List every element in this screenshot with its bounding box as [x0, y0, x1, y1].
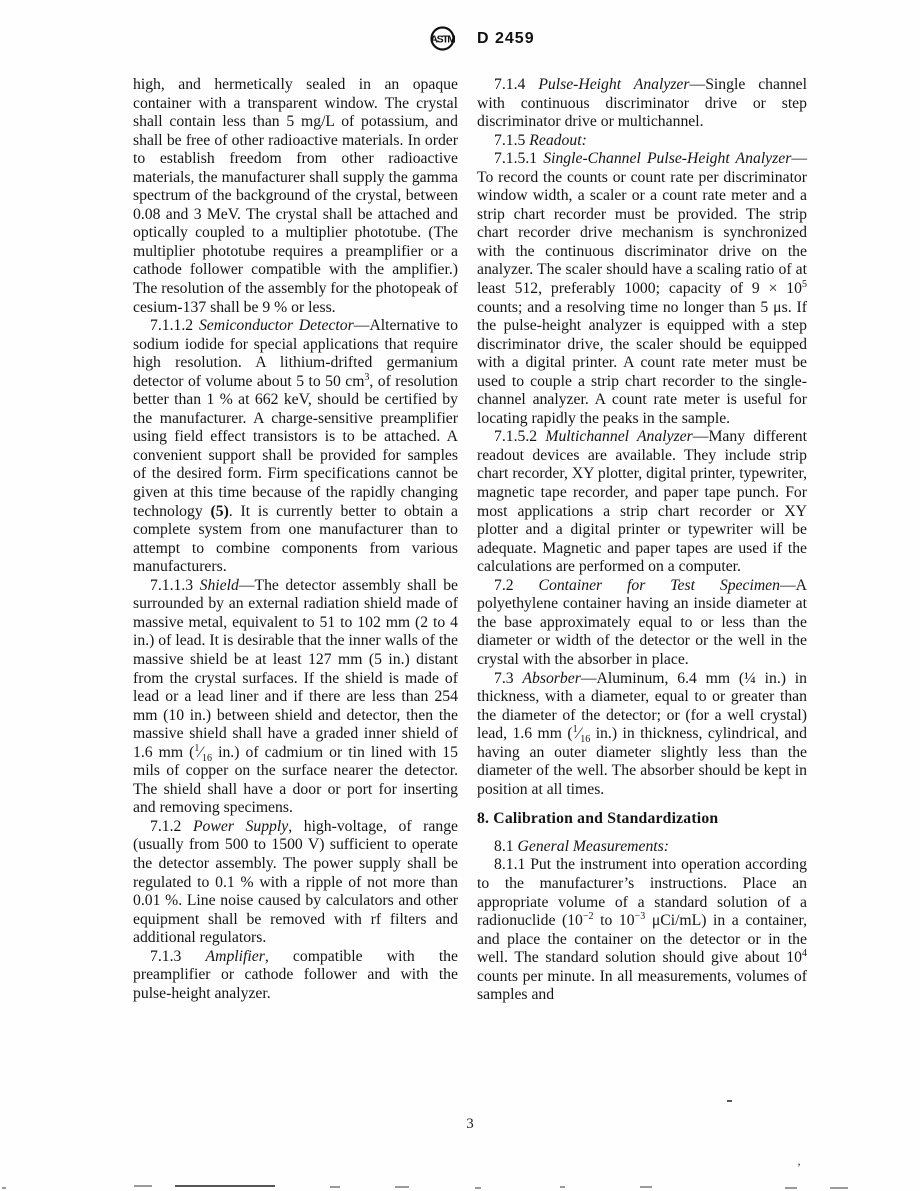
paragraph: 7.3 Absorber—Aluminum, 6.4 mm (¼ in.) in…: [477, 670, 807, 800]
paragraph: 7.1.3 Amplifier, compatible with the pre…: [133, 948, 458, 1004]
page-header: ASTM D 2459: [0, 26, 920, 56]
paragraph: 7.1.4 Pulse-Height Analyzer—Single chann…: [477, 76, 807, 132]
scan-smudge: [330, 1186, 340, 1188]
paragraph: high, and hermetically sealed in an opaq…: [133, 76, 458, 317]
document-page: ASTM D 2459 high, and hermetically seale…: [0, 0, 920, 1191]
paragraph: 7.1.2 Power Supply, high-voltage, of ran…: [133, 818, 458, 948]
scan-smudge: [475, 1187, 481, 1189]
scan-speck: ’: [797, 1160, 801, 1175]
scan-smudge: [640, 1186, 652, 1188]
scan-smudge: [395, 1186, 409, 1188]
document-number: D 2459: [477, 30, 535, 48]
scan-smudge: [785, 1187, 797, 1189]
scan-speck: [727, 1100, 732, 1102]
astm-logo-text: ASTM: [430, 34, 455, 46]
paragraph: 7.1.5.1 Single-Channel Pulse-Height Anal…: [477, 150, 807, 428]
paragraph: 7.1.5.2 Multichannel Analyzer—Many diffe…: [477, 428, 807, 576]
page-content: high, and hermetically sealed in an opaq…: [133, 76, 807, 1005]
scan-smudge: [134, 1185, 152, 1187]
page-number: 3: [0, 1116, 920, 1133]
scan-smudge: [2, 1187, 6, 1189]
paragraph: 7.2 Container for Test Specimen—A polyet…: [477, 577, 807, 670]
column-right: 7.1.4 Pulse-Height Analyzer—Single chann…: [477, 76, 807, 1005]
paragraph: 7.1.1.3 Shield—The detector assembly sha…: [133, 577, 458, 818]
scan-smudge: [830, 1187, 848, 1189]
scan-smudge: [175, 1185, 275, 1187]
paragraph: 7.1.1.2 Semiconductor Detector—Alternati…: [133, 317, 458, 577]
paragraph: 7.1.5 Readout:: [477, 132, 807, 151]
paragraph: 8.1.1 Put the instrument into operation …: [477, 856, 807, 1004]
column-left: high, and hermetically sealed in an opaq…: [133, 76, 458, 1005]
section-heading: 8. Calibration and Standardization: [477, 810, 807, 829]
scan-smudge: [560, 1186, 565, 1188]
paragraph: 8.1 General Measurements:: [477, 838, 807, 857]
astm-logo-icon: ASTM: [430, 26, 455, 51]
